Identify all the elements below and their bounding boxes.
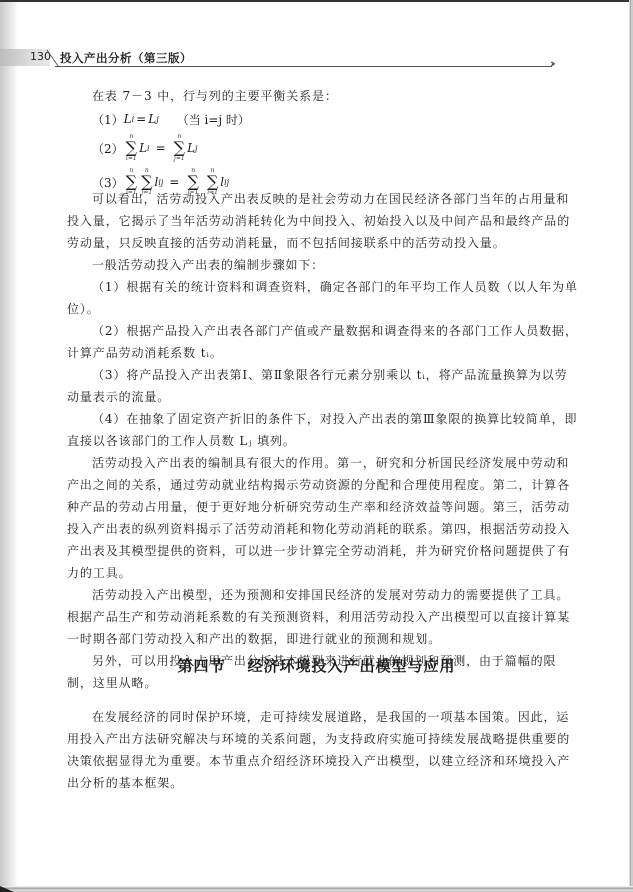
summation-symbol: n∑j=1 — [174, 134, 185, 162]
text-line: 产出之间的关系，通过劳动就业结构揭示劳动资源的分配和合理使用程度。第二，计算各 — [67, 474, 587, 496]
text-line: 计算产品劳动消耗系数 tᵢ。 — [67, 342, 587, 364]
text-line: 投入量，它揭示了当年活劳动消耗转化为中间投入、初始投入以及中间产品和最终产品的 — [67, 210, 587, 232]
equation-2: （2） n∑i=1 Li = n∑j=1 Lj — [67, 131, 587, 165]
section-title: 经济环境投入产出模型与应用 — [248, 657, 456, 675]
text-line: （3）将产品投入产出表第Ⅰ、第Ⅱ象限各行元素分别乘以 tᵢ，将产品流量换算为以劳 — [67, 364, 587, 386]
text-line: 劳动量，只反映直接的活劳动消耗量，而不包括间接联系中的活劳动投入量。 — [67, 232, 587, 254]
paragraph-functions: 活劳动投入产出表的编制具有很大的作用。第一，研究和分析国民经济发展中劳动和 产出… — [67, 452, 587, 584]
section-number: 第四节 — [177, 657, 225, 675]
header-rule — [55, 66, 552, 67]
section-heading: 第四节经济环境投入产出模型与应用 — [0, 655, 633, 676]
equation-1: （1） Li = Lj （当 i=j 时） — [67, 107, 587, 131]
eq-op: = — [156, 141, 166, 155]
text-line: 活劳动投入产出模型，还为预测和安排国民经济的发展对劳动力的需要提供了工具。 — [67, 584, 587, 606]
text-line: 产出表及其模型提供的资料，可以进一步计算完全劳动消耗，并为研究价格问题提供了有 — [67, 540, 587, 562]
eq-sub: j — [156, 115, 158, 124]
text-line: 位）。 — [67, 298, 587, 320]
text-line: 根据产品生产和劳动消耗系数的有关预测资料，利用活劳动投入产出模型可以直接计算某 — [67, 606, 587, 628]
summation-symbol: n∑i=1 — [126, 134, 137, 162]
eq-var: L — [139, 141, 147, 155]
text-line: 投入产出表的纵列资料揭示了活劳动消耗和物化劳动消耗的联系。第四，根据活劳动投入 — [67, 518, 587, 540]
text-line: 用投入产出方法研究解决与环境的关系问题，为支持政府实施可持续发展战略提供重要的 — [67, 728, 587, 750]
eq-sub: i — [132, 115, 135, 124]
page-bottom-edge — [0, 886, 633, 892]
paragraph-step-4: （4）在抽象了固定资产折旧的条件下，对投入产出表的第Ⅲ象限的换算比较简单，即 直… — [67, 408, 587, 452]
running-head: 130 投入产出分析（第三版） ›› — [0, 49, 560, 69]
text-line: 出分析的基本框架。 — [67, 772, 587, 794]
paragraph-step-1: （1）根据有关的统计资料和调查资料，确定各部门的年平均工作人员数（以人年为单 位… — [67, 276, 587, 320]
eq-var: L — [148, 112, 156, 126]
text-line: 决策依据显得尤为重要。本节重点介绍经济环境投入产出模型，以建立经济和环境投入产 — [67, 750, 587, 772]
section-intro: 在发展经济的同时保护环境，走可持续发展道路，是我国的一项基本国策。因此，运 用投… — [67, 706, 587, 794]
eq-label: （2） — [92, 140, 124, 157]
text-line: 力的工具。 — [67, 562, 587, 584]
eq-sub: i — [147, 144, 150, 153]
paragraph-step-2: （2）根据产品投入产出表各部门产值或产量数据和调查得来的各部门工作人员数据， 计… — [67, 320, 587, 364]
eq-var: L — [187, 141, 195, 155]
page-top-edge — [0, 0, 633, 2]
eq-sub: ij — [224, 178, 229, 187]
eq-op: = — [136, 112, 146, 126]
double-chevron-icon: ›› — [550, 57, 553, 70]
intro-lead: 在表 7－3 中，行与列的主要平衡关系是： — [67, 85, 587, 107]
text-line: 种产品的劳动占用量，便于更好地分析研究劳动生产率和经济效益等问题。第三，活劳动 — [67, 496, 587, 518]
intro-block: 在表 7－3 中，行与列的主要平衡关系是： （1） Li = Lj （当 i=j… — [67, 85, 587, 199]
book-title: 投入产出分析（第三版） — [60, 50, 192, 66]
text-line: 在发展经济的同时保护环境，走可持续发展道路，是我国的一项基本国策。因此，运 — [67, 706, 587, 728]
eq-label: （1） — [92, 111, 124, 128]
eq-sub: j — [195, 144, 197, 153]
eq-op: = — [169, 175, 179, 189]
text-line: 一时期各部门劳动投入和产出的数据，即进行就业的预测和规划。 — [67, 628, 587, 650]
text-line: 动量表示的流量。 — [67, 386, 587, 408]
paragraph-2: 一般活劳动投入产出表的编制步骤如下： — [67, 254, 587, 276]
page-corner-mark — [0, 886, 14, 892]
eq-sub: ij — [158, 178, 163, 187]
paragraph-1: 可以看出，活劳动投入产出表反映的是社会劳动力在国民经济各部门当年的占用量和 投入… — [67, 188, 587, 254]
eq-var: L — [124, 112, 132, 126]
eq-condition: （当 i=j 时） — [177, 111, 250, 128]
paragraph-step-3: （3）将产品投入产出表第Ⅰ、第Ⅱ象限各行元素分别乘以 tᵢ，将产品流量换算为以劳… — [67, 364, 587, 408]
text-line: （2）根据产品投入产出表各部门产值或产量数据和调查得来的各部门工作人员数据， — [67, 320, 587, 342]
text-line: 一般活劳动投入产出表的编制步骤如下： — [67, 254, 587, 276]
body-text: 可以看出，活劳动投入产出表反映的是社会劳动力在国民经济各部门当年的占用量和 投入… — [67, 188, 587, 694]
sum-lower: i=1 — [126, 156, 137, 162]
page-right-edge — [629, 0, 633, 892]
text-line: 可以看出，活劳动投入产出表反映的是社会劳动力在国民经济各部门当年的占用量和 — [67, 188, 587, 210]
sum-lower: j=1 — [174, 156, 185, 162]
text-line: 直接以各该部门的工作人员数 Lⱼ 填列。 — [67, 430, 587, 452]
text-line: （1）根据有关的统计资料和调查资料，确定各部门的年平均工作人员数（以人年为单 — [67, 276, 587, 298]
book-page: 130 投入产出分析（第三版） ›› 在表 7－3 中，行与列的主要平衡关系是：… — [0, 0, 633, 892]
text-line: 活劳动投入产出表的编制具有很大的作用。第一，研究和分析国民经济发展中劳动和 — [67, 452, 587, 474]
paragraph-model: 活劳动投入产出模型，还为预测和安排国民经济的发展对劳动力的需要提供了工具。 根据… — [67, 584, 587, 650]
text-line: （4）在抽象了固定资产折旧的条件下，对投入产出表的第Ⅲ象限的换算比较简单，即 — [67, 408, 587, 430]
page-binding-shadow — [0, 2, 18, 886]
